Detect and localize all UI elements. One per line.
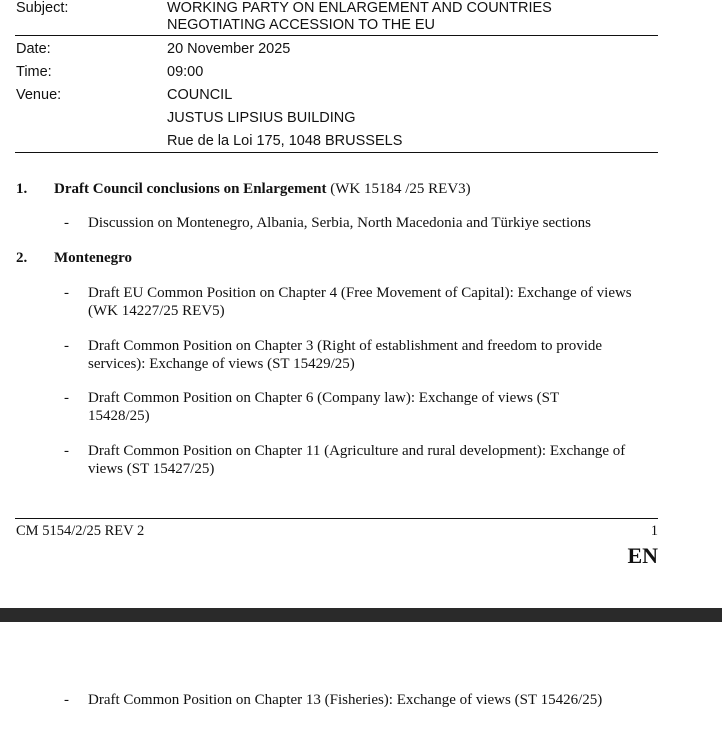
subject-label: Subject: (16, 0, 68, 16)
agenda-subitem: Discussion on Montenegro, Albania, Serbi… (88, 214, 648, 232)
venue-line: COUNCIL (167, 87, 232, 103)
time-value: 09:00 (167, 64, 203, 80)
agenda-subitem: Draft Common Position on Chapter 11 (Agr… (88, 442, 653, 478)
page-number: 1 (651, 523, 658, 540)
bullet-dash: - (64, 215, 69, 232)
bullet-dash: - (64, 338, 69, 355)
bullet-dash: - (64, 390, 69, 407)
bullet-dash: - (64, 285, 69, 302)
doc-reference: CM 5154/2/25 REV 2 (16, 523, 144, 540)
agenda-subitem: Draft EU Common Position on Chapter 4 (F… (88, 284, 648, 320)
subject-value-line1: WORKING PARTY ON ENLARGEMENT AND COUNTRI… (167, 0, 552, 16)
agenda-subitem: Draft Common Position on Chapter 3 (Righ… (88, 337, 653, 373)
date-value: 20 November 2025 (167, 41, 290, 57)
footer-divider (15, 518, 658, 519)
language-code: EN (627, 543, 658, 569)
time-label: Time: (16, 64, 52, 80)
venue-label: Venue: (16, 87, 61, 103)
bullet-dash: - (64, 443, 69, 460)
divider (15, 152, 658, 153)
agenda-item-title: Montenegro (54, 250, 132, 267)
page-separator (0, 608, 722, 622)
agenda-item-number: 1. (16, 181, 27, 198)
bullet-dash: - (64, 692, 69, 709)
subject-value-line2: NEGOTIATING ACCESSION TO THE EU (167, 17, 435, 33)
agenda-item-ref: (WK 15184 /25 REV3) (330, 181, 470, 197)
date-label: Date: (16, 41, 51, 57)
agenda-item-title-text: Draft Council conclusions on Enlargement (54, 181, 327, 197)
agenda-subitem: Draft Common Position on Chapter 6 (Comp… (88, 389, 608, 425)
divider (15, 35, 658, 36)
agenda-item-number: 2. (16, 250, 27, 267)
agenda-subitem: Draft Common Position on Chapter 13 (Fis… (88, 691, 688, 709)
venue-line: JUSTUS LIPSIUS BUILDING (167, 110, 356, 126)
agenda-item-title: Draft Council conclusions on Enlargement… (54, 181, 471, 198)
venue-line: Rue de la Loi 175, 1048 BRUSSELS (167, 133, 402, 149)
